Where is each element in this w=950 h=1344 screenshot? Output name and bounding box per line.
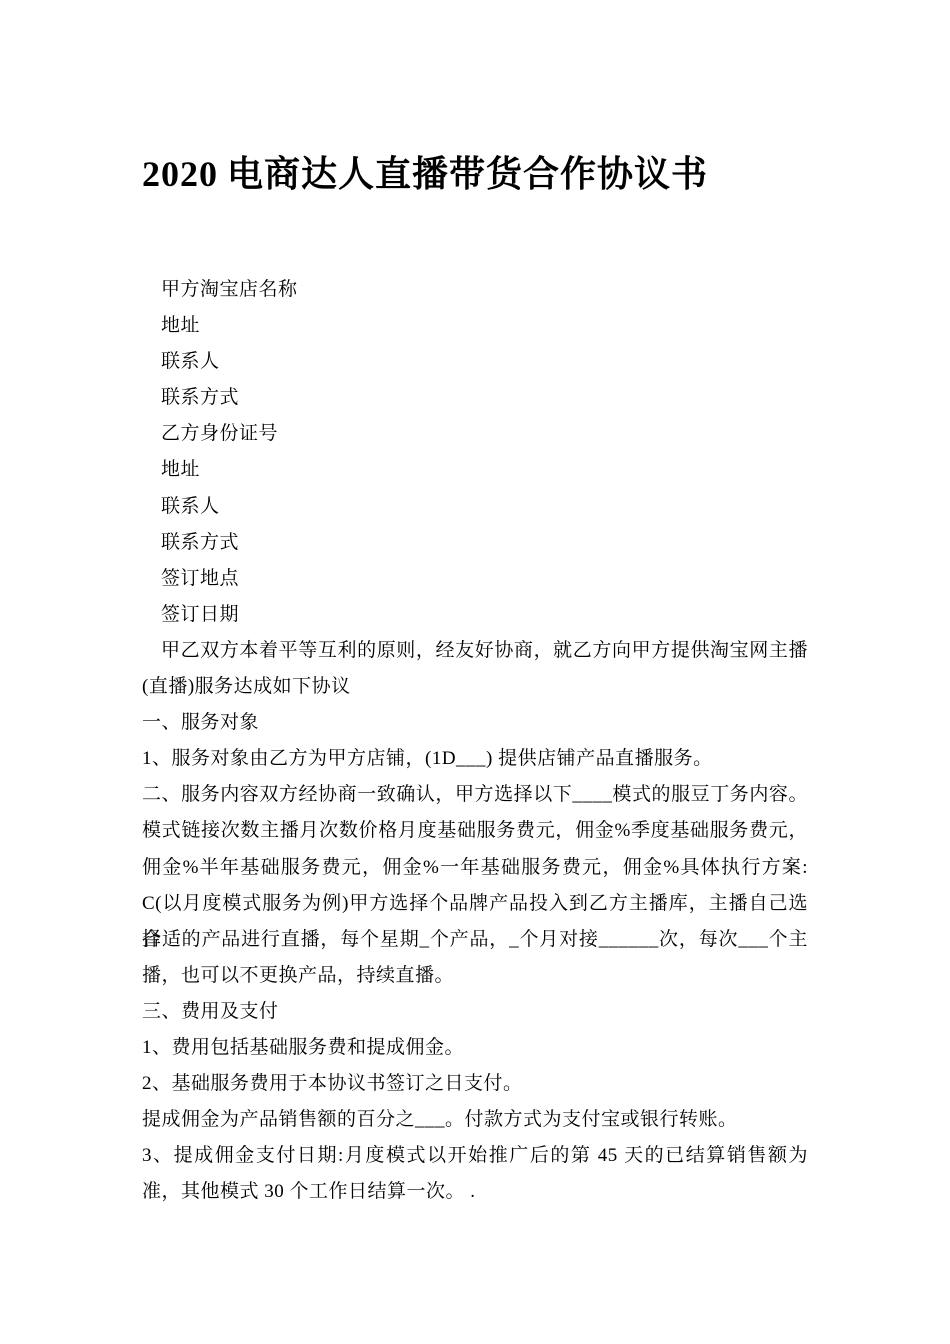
title-year: 2020 <box>142 154 218 194</box>
doc-line: 联系方式 <box>142 525 808 561</box>
doc-line: 联系人 <box>142 489 808 525</box>
title-text: 电商达人直播带货合作协议书 <box>227 153 708 194</box>
doc-line: 二、服务内容双方经协商一致确认，甲方选择以下____模式的服豆丁务内容。 <box>142 777 808 813</box>
doc-line: 地址 <box>142 452 808 488</box>
doc-line: 联系人 <box>142 344 808 380</box>
doc-line: C(以月度模式服务为例)甲方选择个品牌产品投入到乙方主播库，主播自己选择 <box>142 886 808 922</box>
doc-line: 三、费用及支付 <box>142 994 808 1030</box>
doc-line: (直播)服务达成如下协议 <box>142 669 808 705</box>
doc-line: 播，也可以不更换产品，持续直播。 <box>142 958 808 994</box>
doc-line: 合适的产品进行直播，每个星期_个产品，_个月对接______次，每次___个主 <box>142 922 808 958</box>
doc-line: 乙方身份证号 <box>142 416 808 452</box>
doc-line: 联系方式 <box>142 380 808 416</box>
document-title: 2020电商达人直播带货合作协议书 <box>142 146 708 197</box>
doc-line: 甲乙双方本着平等互利的原则，经友好协商，就乙方向甲方提供淘宝网主播 <box>142 633 808 669</box>
doc-line: 签订地点 <box>142 561 808 597</box>
doc-line: 签订日期 <box>142 597 808 633</box>
doc-line: 3、提成佣金支付日期:月度模式以开始推广后的第 45 天的已结算销售额为 <box>142 1138 808 1174</box>
doc-line: 地址 <box>142 308 808 344</box>
doc-line: 佣金%半年基础服务费元，佣金%一年基础服务费元，佣金%具体执行方案: <box>142 850 808 886</box>
doc-line: 2、基础服务费用于本协议书签订之日支付。 <box>142 1066 808 1102</box>
doc-line: 一、服务对象 <box>142 705 808 741</box>
doc-line: 提成佣金为产品销售额的百分之___。付款方式为支付宝或银行转账。 <box>142 1102 808 1138</box>
doc-line: 准，其他模式 30 个工作日结算一次。 . <box>142 1174 808 1210</box>
document-page: 2020电商达人直播带货合作协议书 甲方淘宝店名称地址联系人联系方式乙方身份证号… <box>0 0 950 1344</box>
doc-line: 1、服务对象由乙方为甲方店铺，(1D___) 提供店铺产品直播服务。 <box>142 741 808 777</box>
doc-line: 1、费用包括基础服务费和提成佣金。 <box>142 1030 808 1066</box>
document-body: 甲方淘宝店名称地址联系人联系方式乙方身份证号地址联系人联系方式签订地点签订日期甲… <box>142 272 808 1210</box>
doc-line: 甲方淘宝店名称 <box>142 272 808 308</box>
doc-line: 模式链接次数主播月次数价格月度基础服务费元，佣金%季度基础服务费元， <box>142 813 808 849</box>
